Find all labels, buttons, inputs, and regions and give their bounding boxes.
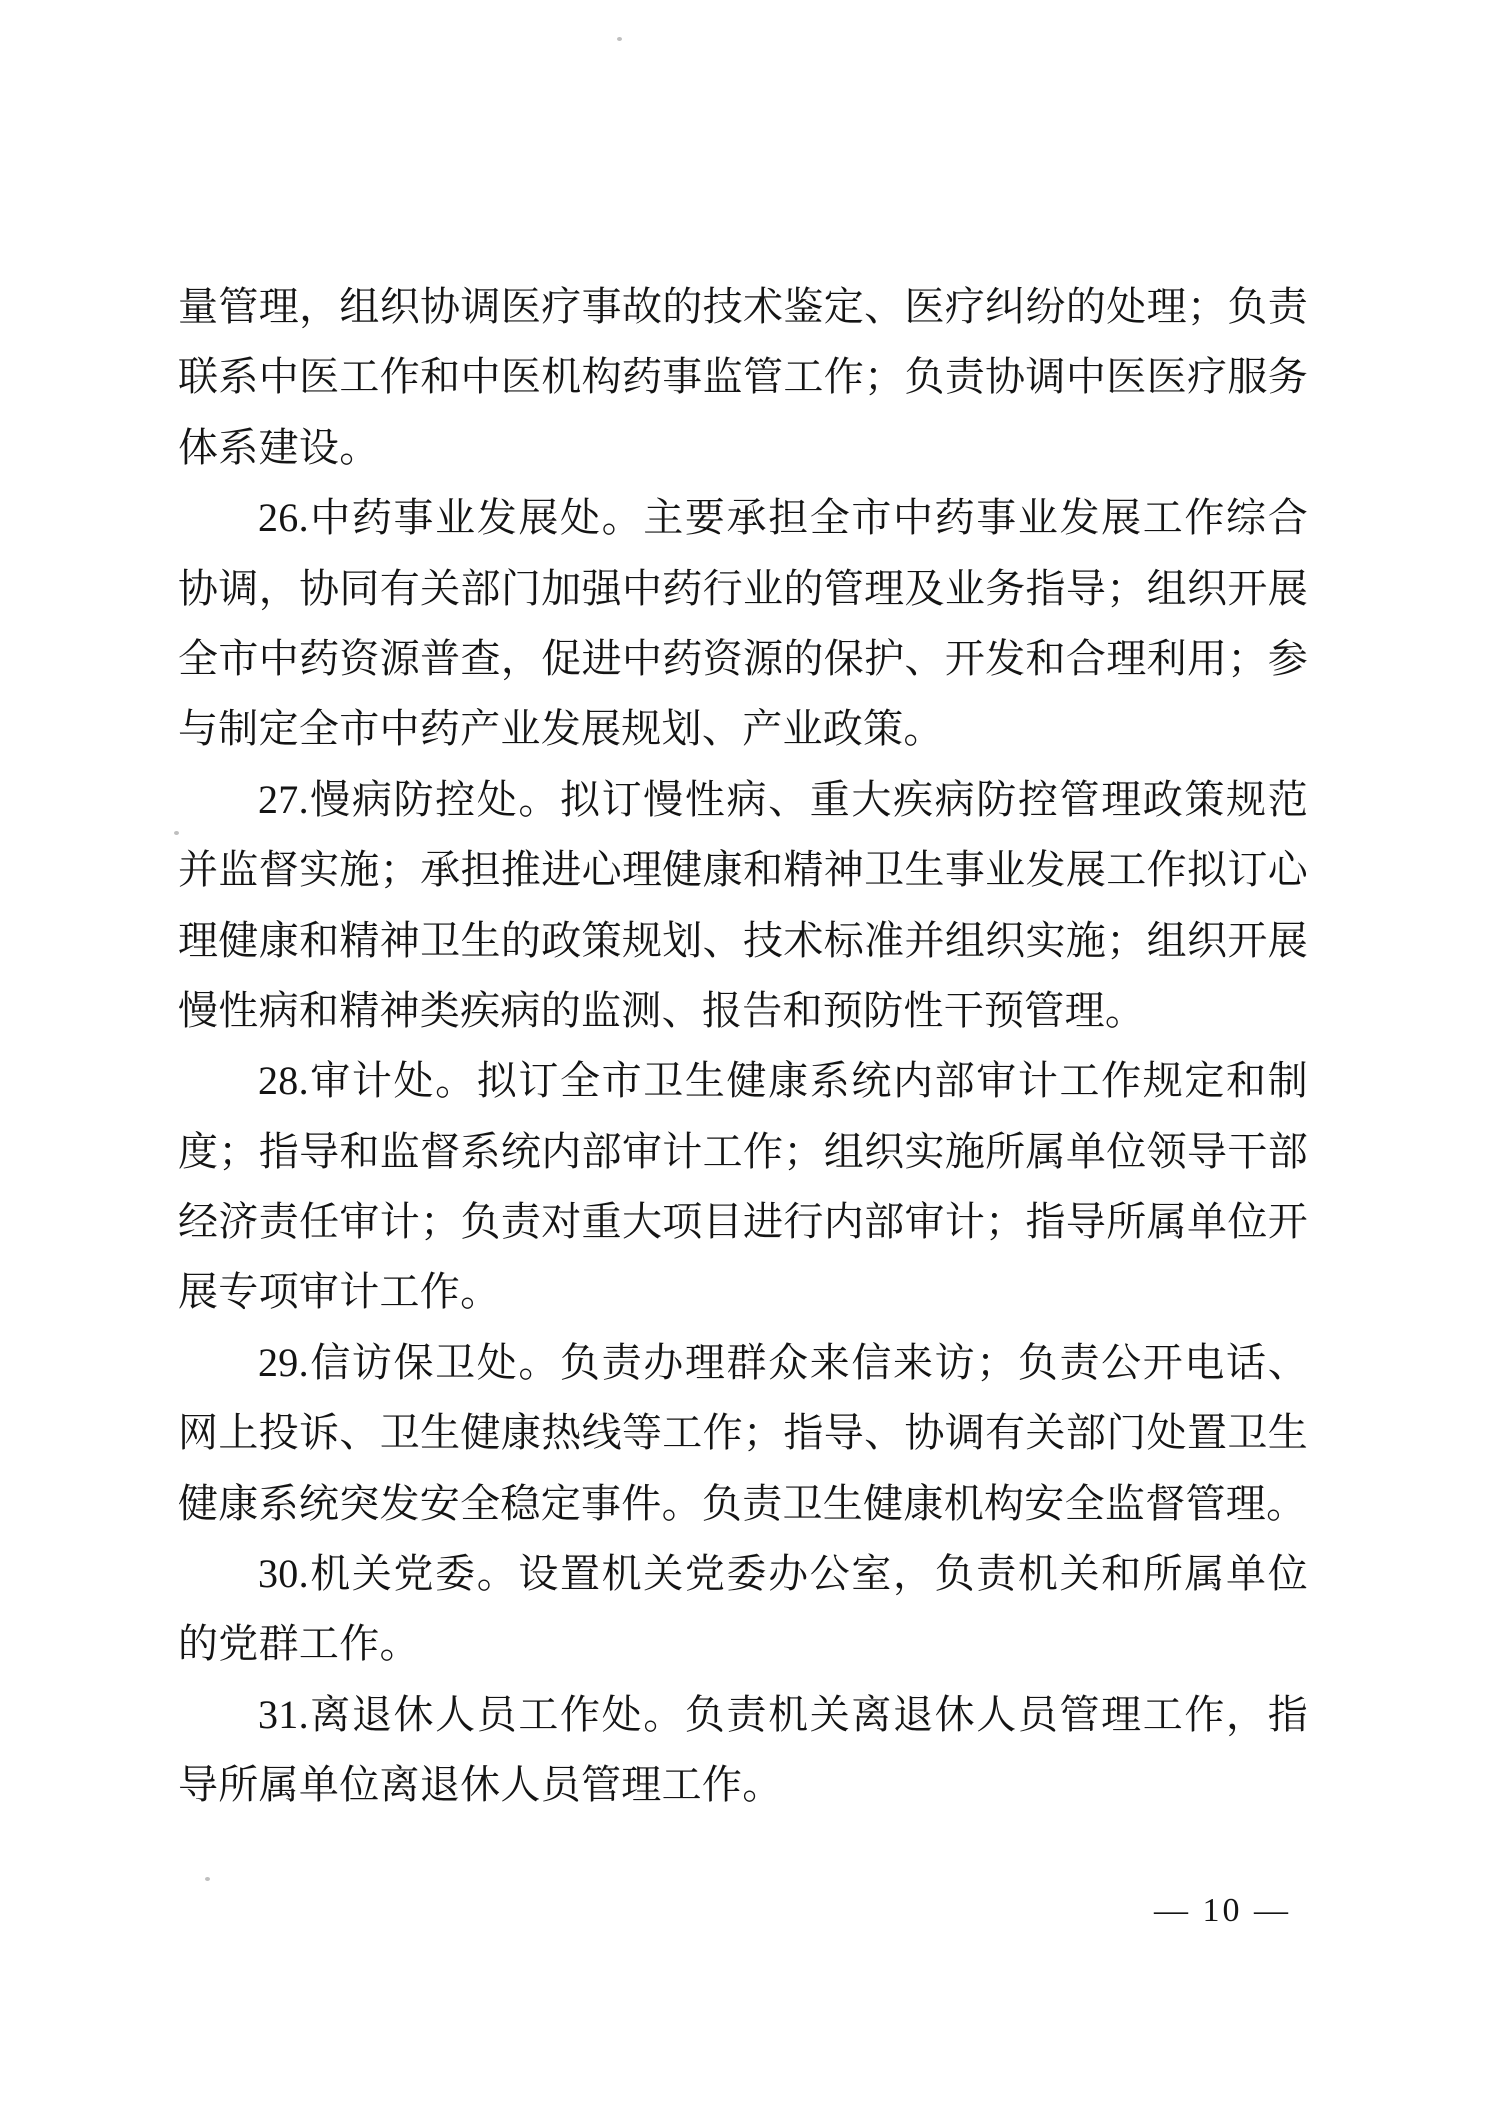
text-line: 体系建设。 <box>178 413 1308 483</box>
text-line: 联系中医工作和中医机构药事监管工作；负责协调中医医疗服务 <box>178 342 1308 412</box>
text-line: 导所属单位离退休人员管理工作。 <box>178 1750 1308 1820</box>
text-line: 与制定全市中药产业发展规划、产业政策。 <box>178 694 1308 764</box>
text-line: 并监督实施；承担推进心理健康和精神卫生事业发展工作拟订心 <box>178 835 1308 905</box>
text-line: 展专项审计工作。 <box>178 1257 1308 1327</box>
text-line: 理健康和精神卫生的政策规划、技术标准并组织实施；组织开展 <box>178 906 1308 976</box>
text-line: 慢性病和精神类疾病的监测、报告和预防性干预管理。 <box>178 976 1308 1046</box>
text-line: 31.离退休人员工作处。负责机关离退休人员管理工作，指 <box>178 1680 1308 1750</box>
scan-speck <box>617 37 622 41</box>
text-line: 27.慢病防控处。拟订慢性病、重大疾病防控管理政策规范 <box>178 765 1308 835</box>
para-27: 27.慢病防控处。拟订慢性病、重大疾病防控管理政策规范并监督实施；承担推进心理健… <box>178 765 1308 1047</box>
para-31: 31.离退休人员工作处。负责机关离退休人员管理工作，指导所属单位离退休人员管理工… <box>178 1680 1308 1821</box>
text-line: 29.信访保卫处。负责办理群众来信来访；负责公开电话、 <box>178 1328 1308 1398</box>
text-line: 经济责任审计；负责对重大项目进行内部审计；指导所属单位开 <box>178 1187 1308 1257</box>
page-number: — 10 — <box>1154 1892 1291 1930</box>
text-line: 协调，协同有关部门加强中药行业的管理及业务指导；组织开展 <box>178 554 1308 624</box>
text-line: 28.审计处。拟订全市卫生健康系统内部审计工作规定和制 <box>178 1046 1308 1116</box>
text-line: 全市中药资源普查，促进中药资源的保护、开发和合理利用；参 <box>178 624 1308 694</box>
text-line: 网上投诉、卫生健康热线等工作；指导、协调有关部门处置卫生 <box>178 1398 1308 1468</box>
scan-speck <box>174 831 179 835</box>
scan-speck <box>205 1877 210 1881</box>
text-line: 的党群工作。 <box>178 1609 1308 1679</box>
para-26: 26.中药事业发展处。主要承担全市中药事业发展工作综合协调，协同有关部门加强中药… <box>178 483 1308 765</box>
para-25-continuation: 量管理，组织协调医疗事故的技术鉴定、医疗纠纷的处理；负责联系中医工作和中医机构药… <box>178 272 1308 483</box>
text-line: 健康系统突发安全稳定事件。负责卫生健康机构安全监督管理。 <box>178 1469 1308 1539</box>
para-30: 30.机关党委。设置机关党委办公室，负责机关和所属单位的党群工作。 <box>178 1539 1308 1680</box>
text-line: 26.中药事业发展处。主要承担全市中药事业发展工作综合 <box>178 483 1308 553</box>
para-28: 28.审计处。拟订全市卫生健康系统内部审计工作规定和制度；指导和监督系统内部审计… <box>178 1046 1308 1328</box>
text-block: 量管理，组织协调医疗事故的技术鉴定、医疗纠纷的处理；负责联系中医工作和中医机构药… <box>178 272 1308 1821</box>
text-line: 30.机关党委。设置机关党委办公室，负责机关和所属单位 <box>178 1539 1308 1609</box>
text-line: 量管理，组织协调医疗事故的技术鉴定、医疗纠纷的处理；负责 <box>178 272 1308 342</box>
text-line: 度；指导和监督系统内部审计工作；组织实施所属单位领导干部 <box>178 1117 1308 1187</box>
para-29: 29.信访保卫处。负责办理群众来信来访；负责公开电话、网上投诉、卫生健康热线等工… <box>178 1328 1308 1539</box>
document-page: 量管理，组织协调医疗事故的技术鉴定、医疗纠纷的处理；负责联系中医工作和中医机构药… <box>0 0 1489 2106</box>
